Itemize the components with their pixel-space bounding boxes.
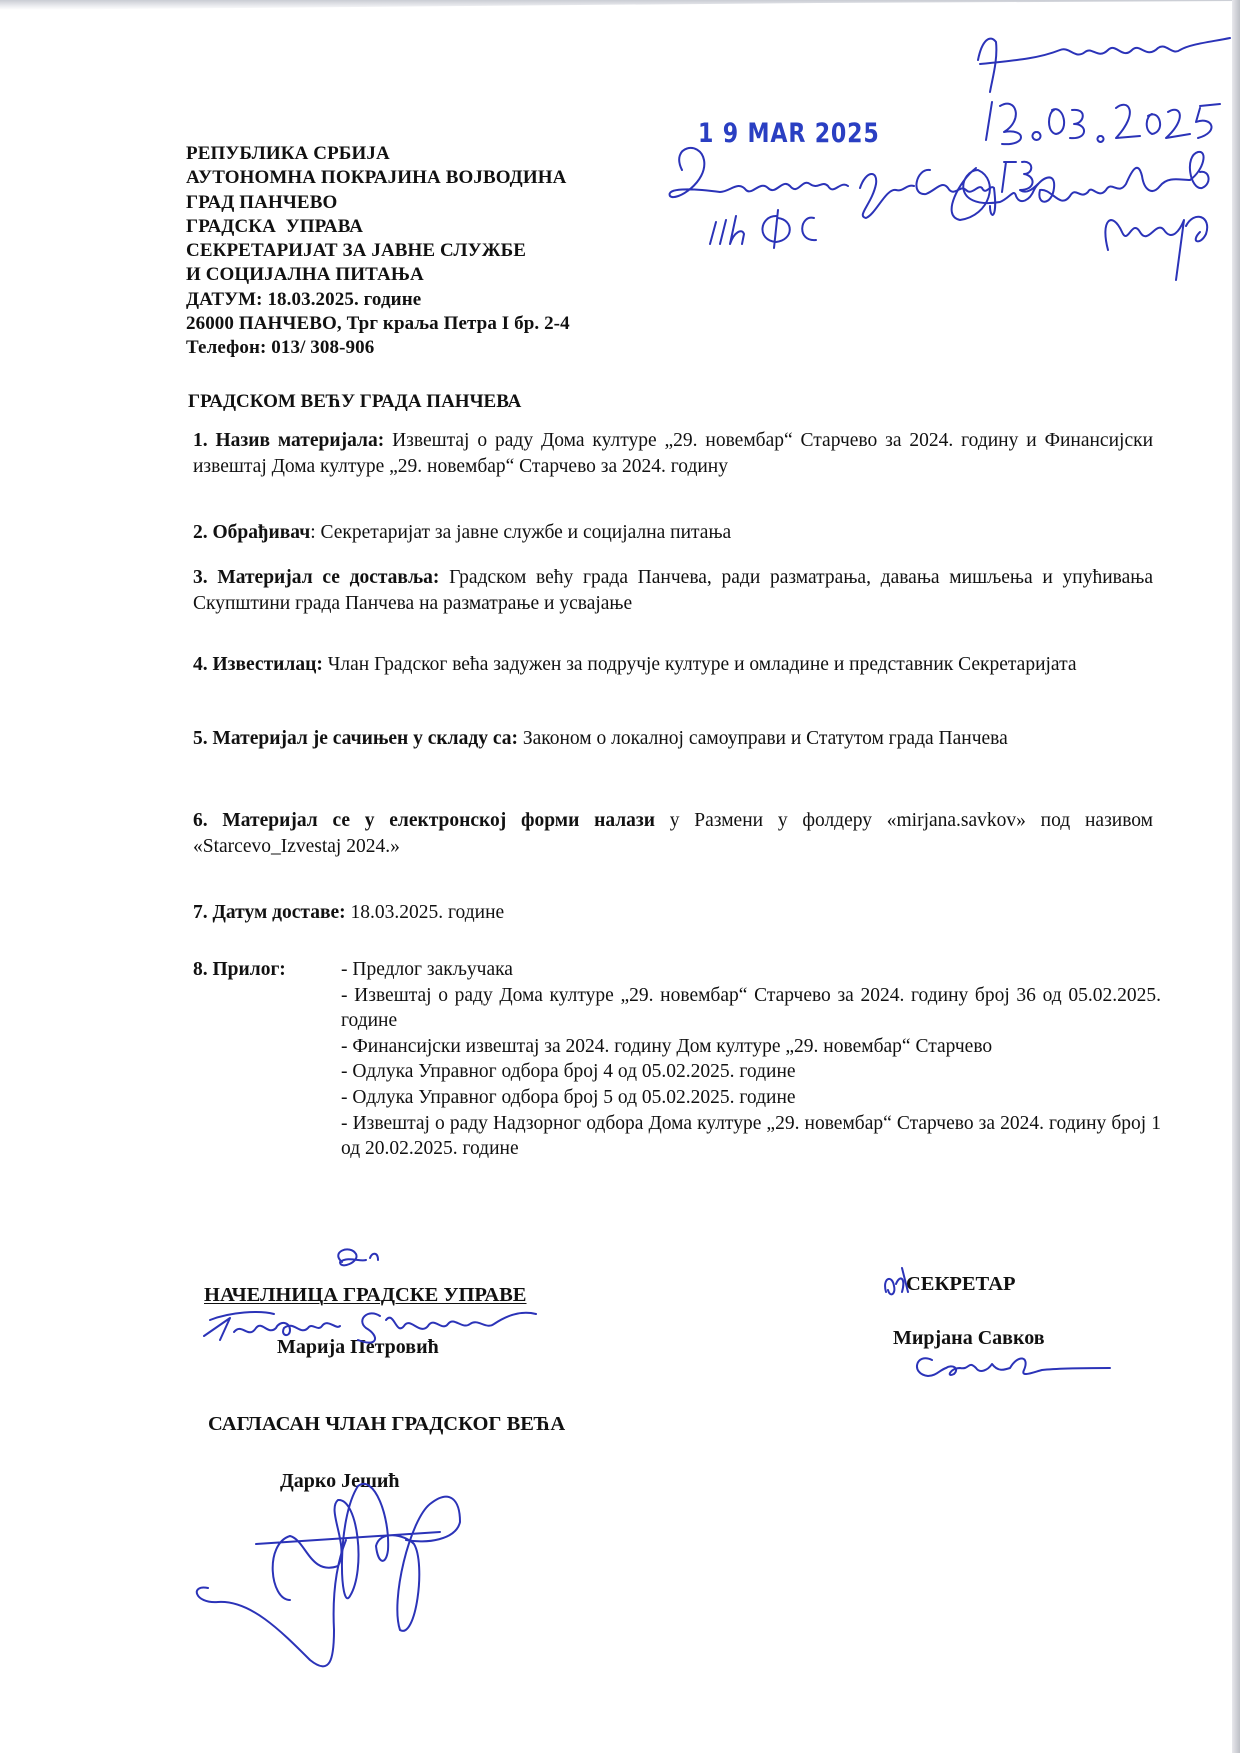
section-text: Члан Градског већа задужен за подручје к…: [323, 654, 1077, 675]
signature-council-member: [190, 1480, 520, 1680]
letterhead-line: ГРАД ПАНЧЕВО: [186, 191, 570, 215]
signature-head-of-administration: [190, 1240, 570, 1350]
section-delivered-to: 3. Материјал се доставља: Градском већу …: [193, 565, 1153, 617]
section-legal-basis: 5. Материјал је сачињен у складу са: Зак…: [193, 726, 1153, 752]
address: 26000 ПАНЧЕВО, Трг краља Петра I бр. 2-4: [186, 312, 570, 336]
section-text: : Секретаријат за јавне службе и социјал…: [310, 522, 731, 543]
attachment-item: - Одлука Управног одбора број 4 од 05.02…: [341, 1059, 1161, 1085]
letterhead-line: СЕКРЕТАРИЈАТ ЗА ЈАВНЕ СЛУЖБЕ: [186, 239, 570, 263]
section-delivery-date: 7. Датум доставе: 18.03.2025. године: [193, 900, 1153, 926]
scan-shadow-top: [0, 0, 1240, 10]
section-text: Законом о локалној самоуправи и Статутом…: [518, 728, 1008, 749]
section-reporter: 4. Известилац: Члан Градског већа задуже…: [193, 652, 1153, 678]
attachment-item: - Финансијски извештај за 2024. годину Д…: [341, 1034, 1161, 1060]
section-label: 6. Материјал се у електронској форми нал…: [193, 810, 655, 831]
attachments-label: 8. Прилог:: [193, 957, 286, 983]
section-label: 7. Датум доставе:: [193, 902, 346, 923]
section-electronic-location: 6. Материјал се у електронској форми нал…: [193, 808, 1153, 860]
letterhead-line: И СОЦИЈАЛНА ПИТАЊА: [186, 263, 570, 287]
letterhead-line: РЕПУБЛИКА СРБИЈА: [186, 142, 570, 166]
attachment-item: - Извештај о раду Надзорног одбора Дома …: [341, 1111, 1161, 1162]
section-processor: 2. Обрађивач: Секретаријат за јавне служ…: [193, 520, 1153, 546]
signature-secretary: [880, 1264, 1120, 1394]
attachment-item: - Одлука Управног одбора број 5 од 05.02…: [341, 1085, 1161, 1111]
section-text: 18.03.2025. године: [346, 902, 505, 923]
attachment-item: - Извештај о раду Дома културе „29. нове…: [341, 983, 1161, 1034]
section-material-title: 1. Назив материјала: Извештај о раду Дом…: [193, 428, 1153, 480]
letterhead-line: АУТОНОМНА ПОКРАЈИНА ВОЈВОДИНА: [186, 166, 570, 190]
handwritten-notes: [660, 20, 1240, 290]
letterhead-line: ГРАДСКА УПРАВА: [186, 215, 570, 239]
phone: Телефон: 013/ 308-906: [186, 336, 570, 360]
section-label: 3. Материјал се доставља:: [193, 567, 439, 588]
section-label: 5. Материјал је сачињен у складу са:: [193, 728, 518, 749]
attachment-item: - Предлог закључака: [341, 957, 1161, 983]
document-date: ДАТУМ: 18.03.2025. године: [186, 288, 570, 312]
signature-title-council-member: САГЛАСАН ЧЛАН ГРАДСКОГ ВЕЋА: [208, 1413, 565, 1436]
section-label: 2. Обрађивач: [193, 522, 310, 543]
attachments-list: - Предлог закључака - Извештај о раду До…: [341, 957, 1161, 1162]
section-label: 1. Назив материјала:: [193, 430, 384, 451]
letterhead: РЕПУБЛИКА СРБИЈА АУТОНОМНА ПОКРАЈИНА ВОЈ…: [186, 142, 570, 361]
section-label: 4. Известилац:: [193, 654, 323, 675]
addressee: ГРАДСКОМ ВЕЋУ ГРАДА ПАНЧЕВА: [188, 389, 521, 415]
